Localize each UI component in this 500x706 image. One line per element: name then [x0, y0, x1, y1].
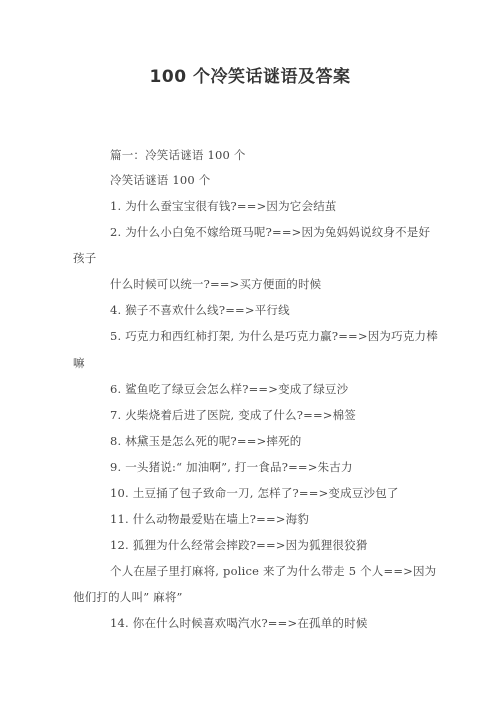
riddle-line: 11. 什么动物最爱贴在墙上?==>海豹 — [110, 511, 309, 527]
riddle-line: 什么时候可以统一?==>买方便面的时候 — [110, 276, 321, 292]
riddle-continuation: 他们打的人叫” 麻将” — [73, 589, 183, 605]
riddle-line: 4. 猴子不喜欢什么线?==>平行线 — [110, 302, 290, 318]
riddle-continuation: 孩子 — [73, 250, 96, 266]
riddle-line: 8. 林黛玉是怎么死的呢?==>摔死的 — [110, 433, 302, 449]
riddle-line: 12. 狐狸为什么经常会摔跤?==>因为狐狸很狡猾 — [110, 537, 368, 553]
riddle-continuation: 嘛 — [73, 355, 85, 371]
riddle-line: 6. 鲨鱼吃了绿豆会怎么样?==>变成了绿豆沙 — [110, 381, 348, 397]
riddle-line: 10. 土豆捅了包子致命一刀, 怎样了?==>变成豆沙包了 — [110, 485, 399, 501]
subheading: 冷笑话谜语 100 个 — [110, 172, 210, 188]
riddle-line: 2. 为什么小白兔不嫁给斑马呢?==>因为兔妈妈说纹身不是好 — [110, 224, 430, 240]
document-page: 100 个冷笑话谜语及答案 篇一：冷笑话谜语 100 个 冷笑话谜语 100 个… — [0, 0, 500, 706]
riddle-line: 7. 火柴烧着后进了医院, 变成了什么?==>棉签 — [110, 407, 356, 423]
document-title: 100 个冷笑话谜语及答案 — [0, 62, 500, 87]
riddle-line: 9. 一头猪说:“ 加油啊”, 打一食品?==>朱古力 — [110, 459, 353, 475]
section-heading: 篇一：冷笑话谜语 100 个 — [110, 147, 246, 163]
riddle-line: 14. 你在什么时候喜欢喝汽水?==>在孤单的时候 — [110, 615, 368, 631]
riddle-line: 1. 为什么蚕宝宝很有钱?==>因为它会结茧 — [110, 198, 337, 214]
riddle-line: 个人在屋子里打麻将, police 来了为什么带走 5 个人==>因为 — [110, 563, 436, 579]
riddle-line: 5. 巧克力和西红柿打架, 为什么是巧克力赢?==>因为巧克力棒 — [110, 328, 438, 344]
